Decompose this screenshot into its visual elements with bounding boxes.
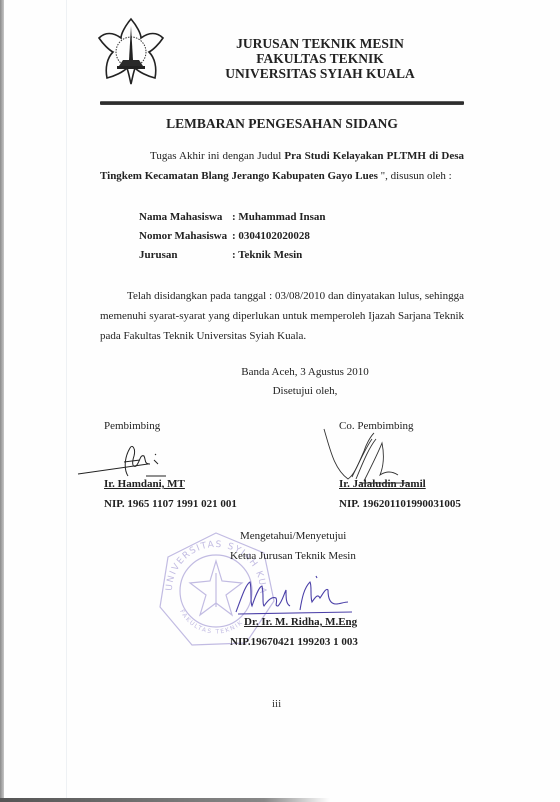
header-university: UNIVERSITAS SYIAH KUALA <box>200 66 440 81</box>
student-name-label: Nama Mahasiswa <box>139 208 232 227</box>
approved-by: Disetujui oleh, <box>230 382 380 401</box>
supervisor-nip: NIP. 1965 1107 1991 021 001 <box>104 498 237 510</box>
co-supervisor-signature-icon <box>320 425 430 495</box>
place-date: Banda Aceh, 3 Agustus 2010 <box>230 363 380 382</box>
intro-paragraph: Tugas Akhir ini dengan Judul Pra Studi K… <box>100 146 464 186</box>
student-number-label: Nomor Mahasiswa <box>139 227 232 246</box>
header-department: JURUSAN TEKNIK MESIN <box>200 36 440 51</box>
institution-header: JURUSAN TEKNIK MESIN FAKULTAS TEKNIK UNI… <box>200 36 440 81</box>
page-number: iii <box>272 698 281 710</box>
student-info: Nama Mahasiswa : Muhammad Insan Nomor Ma… <box>139 208 326 265</box>
head-signature-icon <box>228 572 358 622</box>
place-date-block: Banda Aceh, 3 Agustus 2010 Disetujui ole… <box>230 363 380 401</box>
intro-prefix: Tugas Akhir ini dengan Judul <box>150 150 284 162</box>
head-nip: NIP.19670421 199203 1 003 <box>230 636 358 648</box>
scan-edge-left <box>0 0 4 802</box>
student-name-value: : Muhammad Insan <box>232 208 326 227</box>
student-major-label: Jurusan <box>139 246 232 265</box>
supervisor-signature-block: Pembimbing Ir. Hamdani, MT NIP. 1965 110… <box>104 420 160 436</box>
header-divider <box>100 101 464 105</box>
document-title: LEMBARAN PENGESAHAN SIDANG <box>100 116 464 132</box>
head-acknowledgement: Mengetahui/Menyetujui <box>240 530 346 542</box>
student-number-row: Nomor Mahasiswa : 0304102020028 <box>139 227 326 246</box>
university-emblem-icon <box>97 16 165 86</box>
student-name-row: Nama Mahasiswa : Muhammad Insan <box>139 208 326 227</box>
approval-text: Telah disidangkan pada tanggal : 03/08/2… <box>100 290 464 342</box>
header-faculty: FAKULTAS TEKNIK <box>200 51 440 66</box>
head-title: Ketua Jurusan Teknik Mesin <box>230 550 356 562</box>
student-number-value: : 0304102020028 <box>232 227 310 246</box>
co-supervisor-nip: NIP. 196201101990031005 <box>339 498 461 510</box>
approval-paragraph: Telah disidangkan pada tanggal : 03/08/2… <box>100 286 464 346</box>
scan-edge-bottom <box>0 798 330 802</box>
supervisor-signature-icon <box>70 440 180 485</box>
student-major-row: Jurusan : Teknik Mesin <box>139 246 326 265</box>
supervisor-role: Pembimbing <box>104 420 160 436</box>
intro-suffix: ", disusun oleh : <box>378 170 452 182</box>
student-major-value: : Teknik Mesin <box>232 246 302 265</box>
scan-artifact-line <box>66 0 67 802</box>
